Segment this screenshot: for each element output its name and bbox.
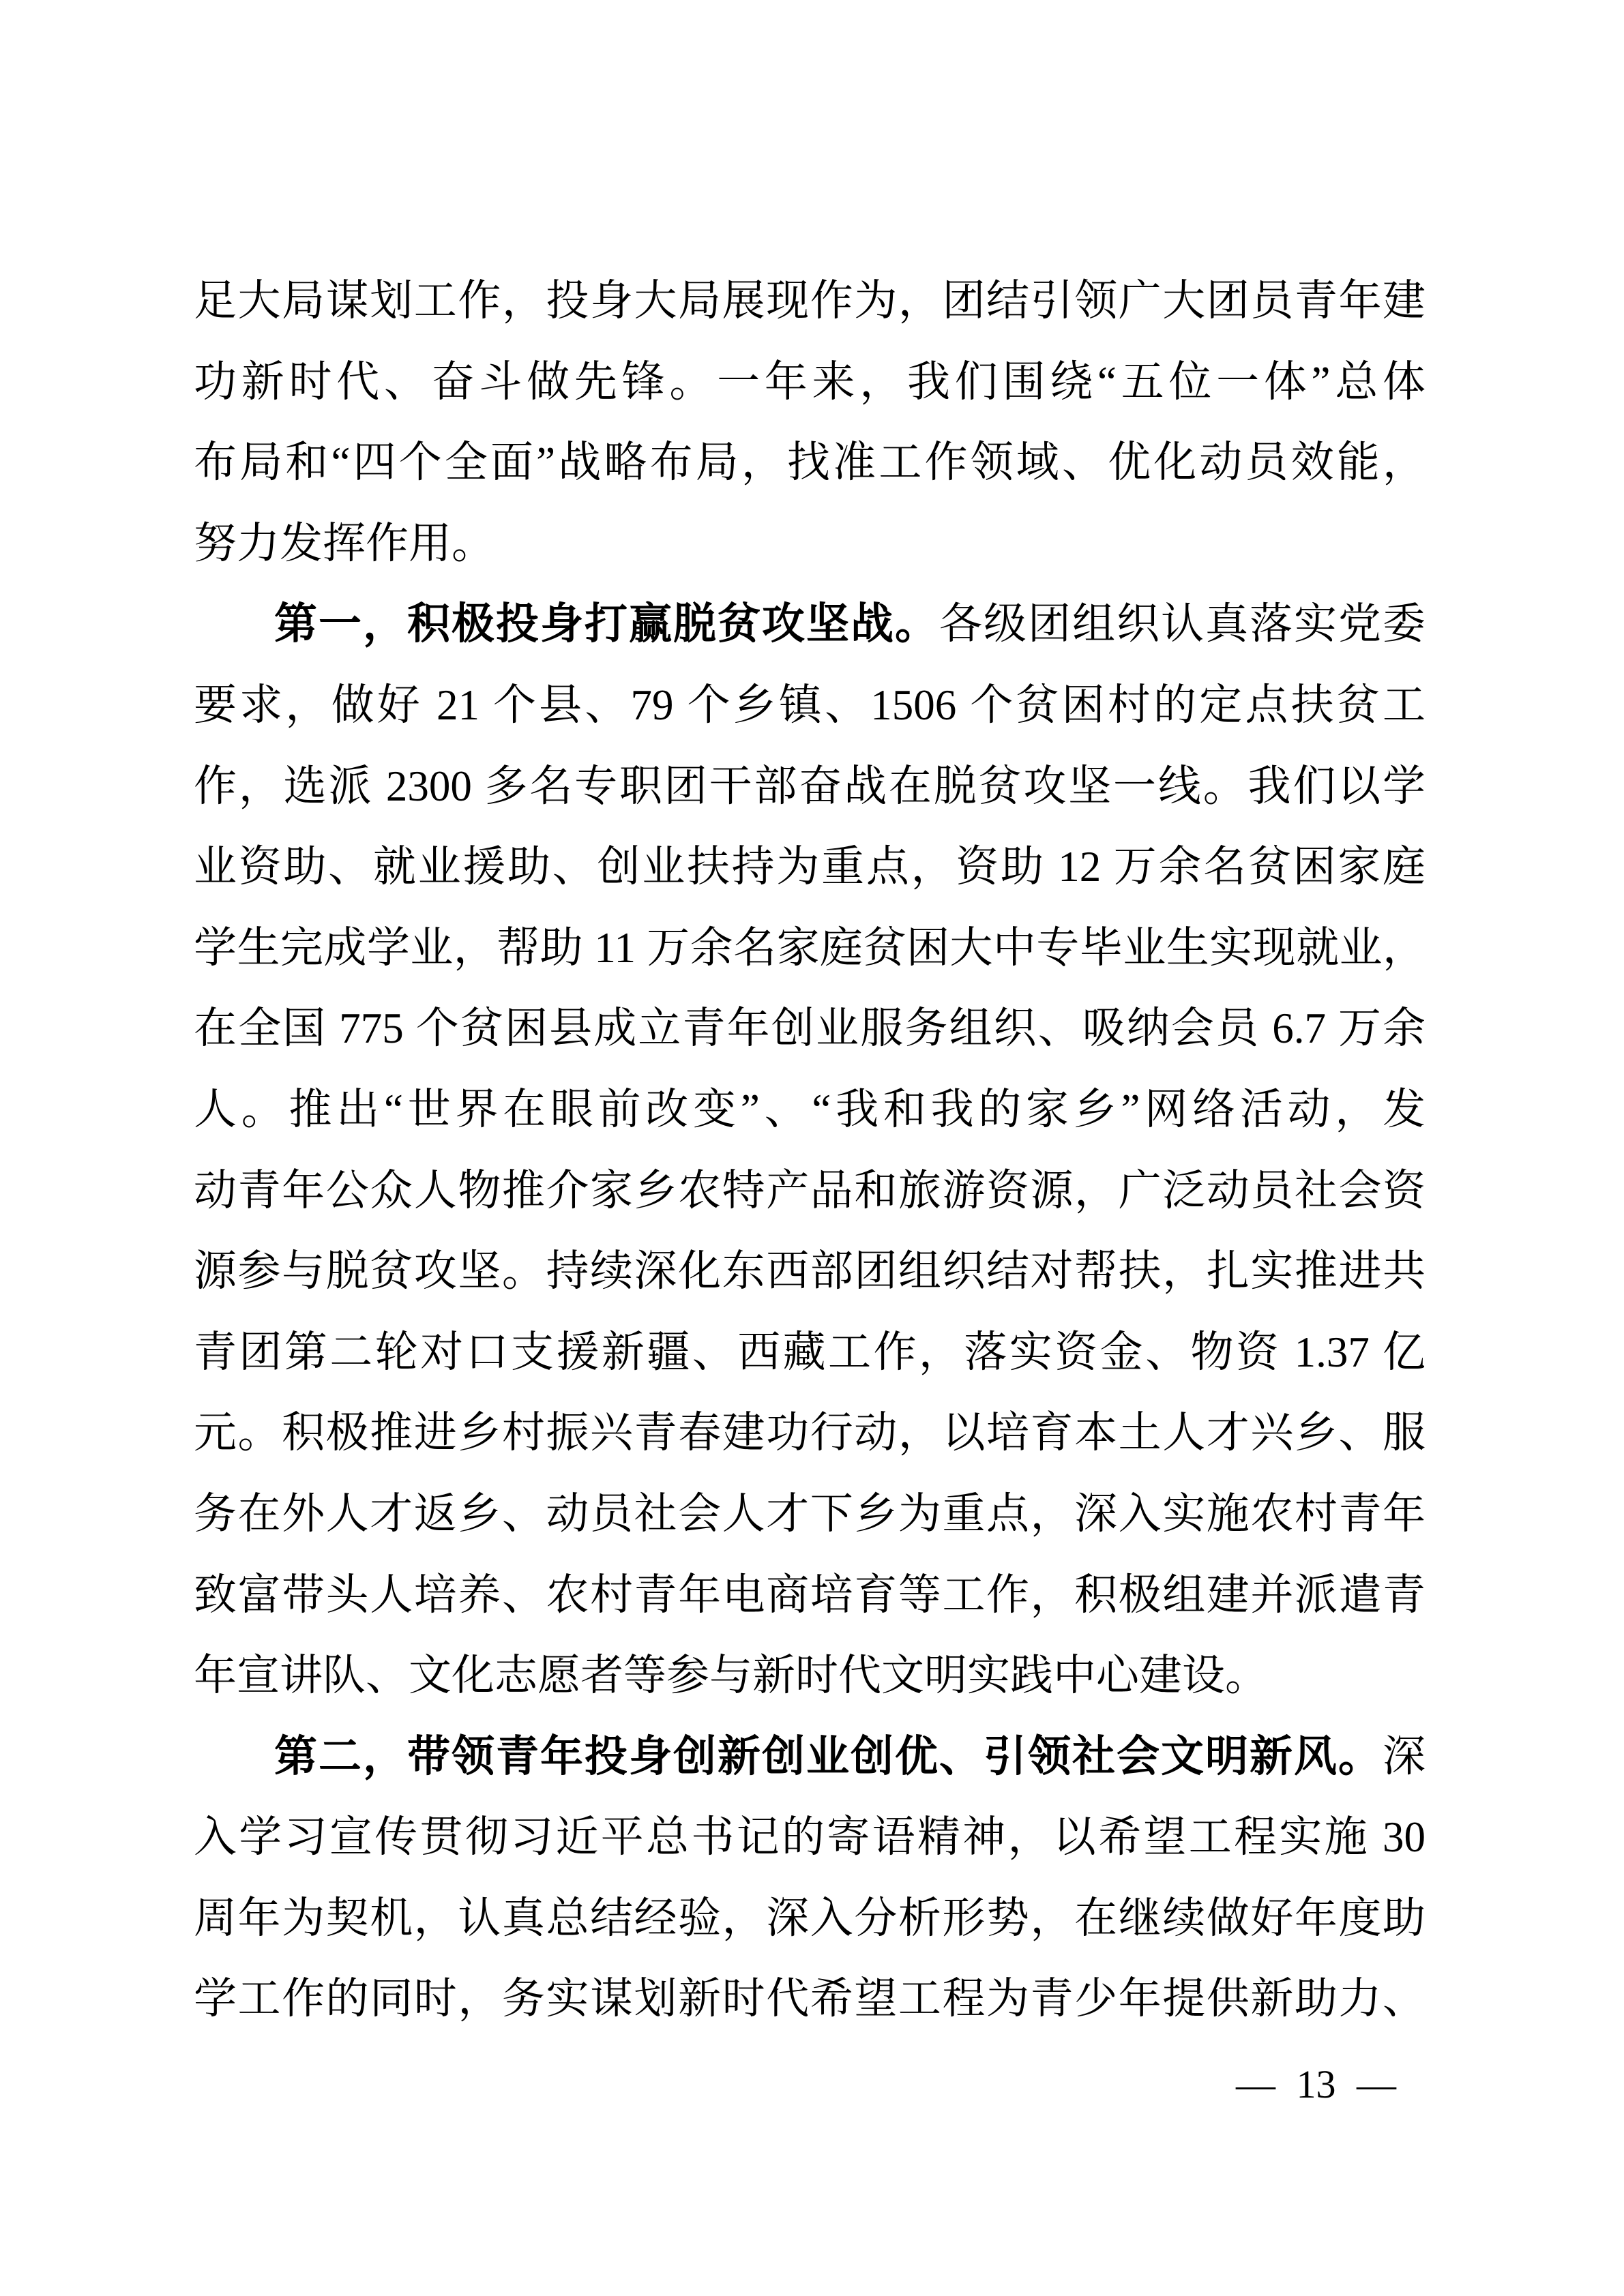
- text-line: 人。推出“世界在眼前改变”、“我和我的家乡”网络活动，发: [194, 1069, 1426, 1150]
- body-text: 年宣讲队、文化志愿者等参与新时代文明实践中心建设。: [194, 1652, 1268, 1699]
- text-line: 周年为契机，认真总结经验，深入分析形势，在继续做好年度助: [194, 1878, 1426, 1959]
- body-text: 要求，做好 21 个县、79 个乡镇、1506 个贫困村的定点扶贫工: [194, 681, 1426, 729]
- text-line: 第二，带领青年投身创新创业创优、引领社会文明新风。深: [194, 1716, 1426, 1798]
- body-text: 在全国 775 个贫困县成立青年创业服务组织、吸纳会员 6.7 万余: [194, 1004, 1426, 1052]
- body-text: 作，选派 2300 多名专职团干部奋战在脱贫攻坚一线。我们以学: [194, 762, 1426, 810]
- text-line: 学生完成学业，帮助 11 万余名家庭贫困大中专毕业生实现就业，: [194, 908, 1426, 989]
- body-text: 元。积极推进乡村振兴青春建功行动，以培育本土人才兴乡、服: [194, 1409, 1426, 1457]
- body-text: 青团第二轮对口支援新疆、西藏工作，落实资金、物资 1.37 亿: [194, 1328, 1426, 1376]
- page-number: — 13 —: [1236, 2061, 1396, 2108]
- body-text: 致富带头人培养、农村青年电商培育等工作，积极组建并派遣青: [194, 1571, 1426, 1619]
- text-line: 元。积极推进乡村振兴青春建功行动，以培育本土人才兴乡、服: [194, 1392, 1426, 1474]
- body-text: 学生完成学业，帮助 11 万余名家庭贫困大中专毕业生实现就业，: [194, 924, 1426, 972]
- body-text: 学工作的同时，务实谋划新时代希望工程为青少年提供新助力、: [194, 1975, 1426, 2023]
- body-text: 深: [1383, 1733, 1426, 1780]
- document-page: 足大局谋划工作，投身大局展现作为，团结引领广大团员青年建功新时代、奋斗做先锋。一…: [0, 0, 1624, 2296]
- text-line: 第一，积极投身打赢脱贫攻坚战。各级团组织认真落实党委: [194, 584, 1426, 665]
- paragraph-lead-text: 第一，积极投身打赢脱贫攻坚战。: [274, 600, 939, 648]
- text-line: 青团第二轮对口支援新疆、西藏工作，落实资金、物资 1.37 亿: [194, 1312, 1426, 1393]
- text-line: 要求，做好 21 个县、79 个乡镇、1506 个贫困村的定点扶贫工: [194, 665, 1426, 746]
- body-text: 入学习宣传贯彻习近平总书记的寄语精神，以希望工程实施 30: [194, 1813, 1426, 1861]
- text-line: 努力发挥作用。: [194, 503, 1426, 584]
- body-text: 足大局谋划工作，投身大局展现作为，团结引领广大团员青年建: [194, 277, 1426, 325]
- text-line: 年宣讲队、文化志愿者等参与新时代文明实践中心建设。: [194, 1635, 1426, 1716]
- body-text: 各级团组织认真落实党委: [939, 600, 1426, 648]
- text-line: 致富带头人培养、农村青年电商培育等工作，积极组建并派遣青: [194, 1555, 1426, 1636]
- body-text: 源参与脱贫攻坚。持续深化东西部团组织结对帮扶，扎实推进共: [194, 1247, 1426, 1295]
- text-line: 业资助、就业援助、创业扶持为重点，资助 12 万余名贫困家庭: [194, 826, 1426, 908]
- text-line: 源参与脱贫攻坚。持续深化东西部团组织结对帮扶，扎实推进共: [194, 1231, 1426, 1312]
- text-line: 在全国 775 个贫困县成立青年创业服务组织、吸纳会员 6.7 万余: [194, 988, 1426, 1069]
- text-line: 动青年公众人物推介家乡农特产品和旅游资源，广泛动员社会资: [194, 1150, 1426, 1232]
- text-line: 足大局谋划工作，投身大局展现作为，团结引领广大团员青年建: [194, 260, 1426, 342]
- text-block: 足大局谋划工作，投身大局展现作为，团结引领广大团员青年建功新时代、奋斗做先锋。一…: [194, 260, 1426, 2040]
- text-line: 学工作的同时，务实谋划新时代希望工程为青少年提供新助力、: [194, 1958, 1426, 2040]
- body-text: 动青年公众人物推介家乡农特产品和旅游资源，广泛动员社会资: [194, 1167, 1426, 1214]
- body-text: 务在外人才返乡、动员社会人才下乡为重点，深入实施农村青年: [194, 1490, 1426, 1538]
- body-text: 布局和“四个全面”战略布局，找准工作领域、优化动员效能，: [194, 438, 1426, 486]
- body-text: 周年为契机，认真总结经验，深入分析形势，在继续做好年度助: [194, 1894, 1426, 1942]
- body-text: 功新时代、奋斗做先锋。一年来，我们围绕“五位一体”总体: [194, 358, 1426, 406]
- text-line: 入学习宣传贯彻习近平总书记的寄语精神，以希望工程实施 30: [194, 1797, 1426, 1878]
- body-text: 人。推出“世界在眼前改变”、“我和我的家乡”网络活动，发: [194, 1086, 1426, 1133]
- body-text: 业资助、就业援助、创业扶持为重点，资助 12 万余名贫困家庭: [194, 843, 1426, 891]
- body-text: 努力发挥作用。: [194, 520, 494, 567]
- paragraph-lead-text: 第二，带领青年投身创新创业创优、引领社会文明新风。: [274, 1733, 1383, 1780]
- text-line: 务在外人才返乡、动员社会人才下乡为重点，深入实施农村青年: [194, 1474, 1426, 1555]
- text-line: 布局和“四个全面”战略布局，找准工作领域、优化动员效能，: [194, 422, 1426, 503]
- text-line: 作，选派 2300 多名专职团干部奋战在脱贫攻坚一线。我们以学: [194, 746, 1426, 827]
- text-line: 功新时代、奋斗做先锋。一年来，我们围绕“五位一体”总体: [194, 342, 1426, 423]
